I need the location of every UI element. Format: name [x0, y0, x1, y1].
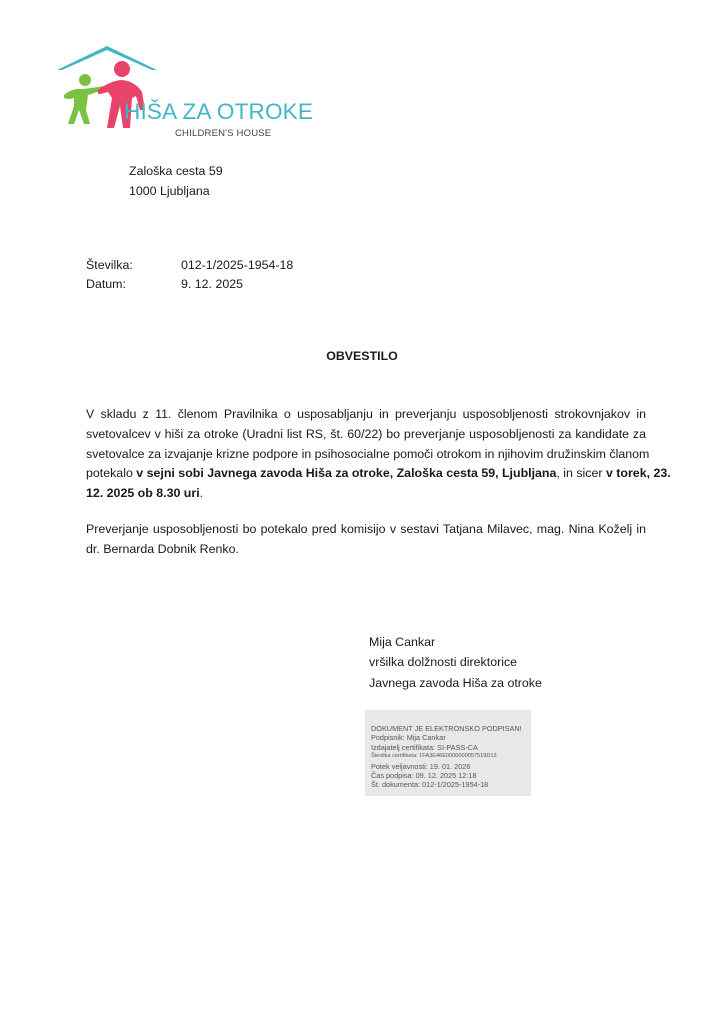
logo-title: HIŠA ZA OTROKE — [124, 99, 313, 125]
address-street: Zaloška cesta 59 — [129, 162, 223, 182]
esign-issuer: Izdajatelj certifikata: SI-PASS-CA — [371, 743, 522, 752]
paragraph-line: potekalo v sejni sobi Javnega zavoda Hiš… — [86, 464, 646, 484]
paragraph-line: svetovalcev v hiši za otroke (Uradni lis… — [86, 425, 646, 445]
location-text: v sejni sobi Javnega zavoda Hiša za otro… — [136, 466, 556, 480]
signature-block: Mija Cankar vršilka dolžnosti direktoric… — [369, 632, 542, 693]
esign-signer: Podpisnik: Mija Cankar — [371, 733, 522, 742]
date-value: 9. 12. 2025 — [181, 275, 243, 295]
paragraph-line: Preverjanje usposobljenosti bo potekalo … — [86, 520, 646, 540]
logo-subtitle: CHILDREN'S HOUSE — [175, 128, 271, 139]
time-text: 12. 2025 ob 8.30 uri — [86, 486, 200, 500]
text-run: . — [200, 486, 203, 500]
document-title: OBVESTILO — [0, 349, 724, 363]
address-city: 1000 Ljubljana — [129, 182, 223, 202]
paragraph-line: dr. Bernarda Dobnik Renko. — [86, 540, 646, 560]
signer-name: Mija Cankar — [369, 632, 542, 652]
signer-role: vršilka dolžnosti direktorice — [369, 652, 542, 672]
esign-doc-number: Št. dokumenta: 012-1/2025-1954-18 — [371, 780, 522, 789]
date-text: v torek, 23. — [606, 466, 671, 480]
text-run: , in sicer — [556, 466, 606, 480]
esign-cert-number: Številka certifikata: 1FA3E46E0000000057… — [371, 752, 522, 761]
esign-validity: Potek veljavnosti: 19. 01. 2026 — [371, 762, 522, 771]
number-label: Številka: — [86, 256, 133, 276]
address-block: Zaloška cesta 59 1000 Ljubljana — [129, 162, 223, 201]
date-label: Datum: — [86, 275, 126, 295]
paragraph-line: 12. 2025 ob 8.30 uri. — [86, 484, 646, 504]
signer-organization: Javnega zavoda Hiša za otroke — [369, 673, 542, 693]
committee-paragraph: Preverjanje usposobljenosti bo potekalo … — [86, 520, 646, 560]
paragraph-line: svetovalce za izvajanje krizne podpore i… — [86, 445, 646, 465]
paragraph-line: V skladu z 11. členom Pravilnika o uspos… — [86, 405, 646, 425]
esign-sign-time: Čas podpisa: 09. 12. 2025 12:18 — [371, 771, 522, 780]
notice-paragraph: V skladu z 11. členom Pravilnika o uspos… — [86, 405, 646, 504]
electronic-signature-stamp: DOKUMENT JE ELEKTRONSKO PODPISAN! Podpis… — [365, 710, 531, 796]
esign-heading: DOKUMENT JE ELEKTRONSKO PODPISAN! — [371, 724, 522, 733]
number-value: 012-1/2025-1954-18 — [181, 256, 293, 276]
text-run: potekalo — [86, 466, 136, 480]
